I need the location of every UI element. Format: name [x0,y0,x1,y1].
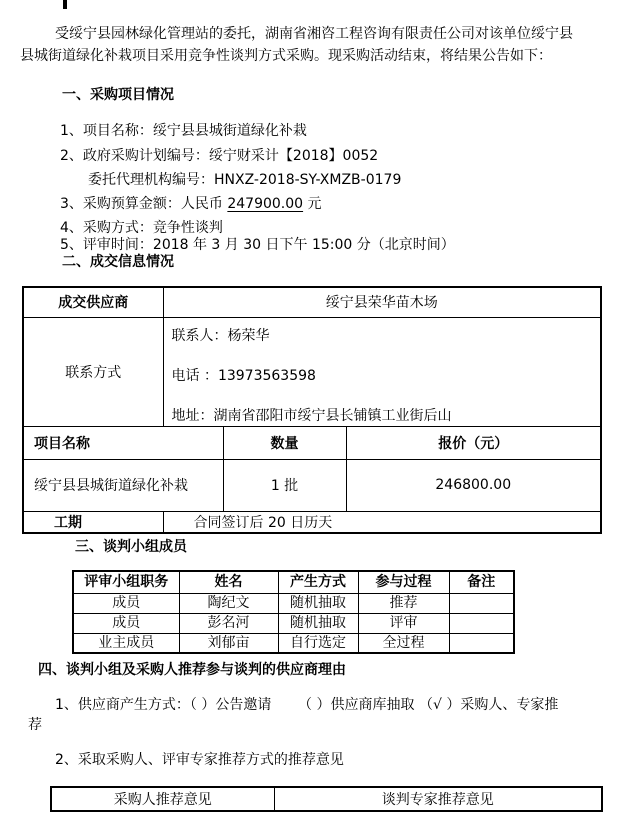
panel-cell: 成员 [73,593,179,613]
budget-amount: 247900.00 [227,196,303,212]
document-page: 受绥宁县园林绿化管理站的委托，湖南省湘咨工程咨询有限责任公司对该单位绥宁县 县城… [0,0,622,815]
panel-cell [449,633,514,653]
panel-cell: 随机抽取 [278,613,358,633]
budget-suffix: 元 [303,196,321,212]
panel-cell: 彭名河 [179,613,278,633]
item-name-header-cell: 项目名称 [23,426,223,459]
recommend-opinion-item: 2、采取采购人、评审专家推荐方式的推荐意见 [55,750,344,770]
supplier-method-line-1: 1、供应商产生方式：（ ）公告邀请 （ ）供应商库抽取 （√ ）采购人、专家推 [55,695,558,715]
panel-cell: 自行选定 [278,633,358,653]
supplier-label-cell: 成交供应商 [23,287,163,317]
quantity-header-cell: 数量 [223,426,346,459]
price-header-cell: 报价（元） [346,426,601,459]
recommend-table: 采购人推荐意见 谈判专家推荐意见 [50,786,603,812]
panel-table: 评审小组职务 姓名 产生方式 参与过程 备注 成员 陶纪文 随机抽取 推荐 成员… [72,570,515,654]
item-name-cell: 绥宁县县城街道绿化补栽 [23,459,223,511]
panel-cell: 评审 [358,613,449,633]
supplier-method-line-2: 荐 [28,715,42,735]
panel-cell: 陶纪文 [179,593,278,613]
panel-row: 业主成员 刘郁亩 自行选定 全过程 [73,633,514,653]
budget-prefix: 3、采购预算金额：人民币 [60,196,227,212]
plan-number-item: 2、政府采购计划编号：绥宁财采计【2018】0052 [60,146,378,166]
panel-cell [449,613,514,633]
budget-item: 3、采购预算金额：人民币 247900.00 元 [60,194,322,214]
panel-cell: 成员 [73,613,179,633]
agency-number-item: 委托代理机构编号：HNXZ-2018-SY-XMZB-0179 [88,170,401,190]
intro-line-2: 县城街道绿化补栽项目采用竞争性谈判方式采购。现采购活动结束，将结果公告如下： [20,46,552,66]
panel-cell: 业主成员 [73,633,179,653]
deal-table: 成交供应商 绥宁县荣华苗木场 联系方式 联系人：杨荣华 电话 ：13973563… [22,286,602,534]
panel-cell [449,593,514,613]
panel-cell: 全过程 [358,633,449,653]
panel-cell: 刘郁亩 [179,633,278,653]
contact-value-cell: 联系人：杨荣华 电话 ：13973563598 地址：湖南省邵阳市绥宁县长铺镇工… [163,317,601,426]
panel-header-cell: 姓名 [179,571,278,593]
contact-person: 联系人：杨荣华 [172,326,601,346]
panel-header-cell: 产生方式 [278,571,358,593]
duration-label-cell: 工期 [23,511,163,533]
contact-phone: 电话 ：13973563598 [172,366,601,386]
price-cell: 246800.00 [346,459,601,511]
section3-heading: 三、谈判小组成员 [75,537,187,557]
quantity-cell: 1 批 [223,459,346,511]
supplier-value-cell: 绥宁县荣华苗木场 [163,287,601,317]
duration-value-cell: 合同签订后 20 日历天 [163,511,601,533]
section1-heading: 一、采购项目情况 [62,85,174,105]
project-name-item: 1、项目名称：绥宁县县城街道绿化补栽 [60,121,307,141]
panel-cell: 随机抽取 [278,593,358,613]
panel-row: 成员 彭名河 随机抽取 评审 [73,613,514,633]
panel-cell: 推荐 [358,593,449,613]
text-cursor-mark [63,0,67,9]
section2-heading: 二、成交信息情况 [62,252,174,272]
panel-header-cell: 备注 [449,571,514,593]
expert-recommend-header-cell: 谈判专家推荐意见 [274,787,602,811]
panel-header-cell: 评审小组职务 [73,571,179,593]
contact-label-cell: 联系方式 [23,317,163,426]
section4-heading: 四、谈判小组及采购人推荐参与谈判的供应商理由 [38,660,346,680]
contact-address: 地址：湖南省邵阳市绥宁县长铺镇工业街后山 [172,406,601,426]
panel-header-cell: 参与过程 [358,571,449,593]
intro-line-1: 受绥宁县园林绿化管理站的委托，湖南省湘咨工程咨询有限责任公司对该单位绥宁县 [55,24,573,44]
panel-row: 成员 陶纪文 随机抽取 推荐 [73,593,514,613]
buyer-recommend-header-cell: 采购人推荐意见 [51,787,274,811]
